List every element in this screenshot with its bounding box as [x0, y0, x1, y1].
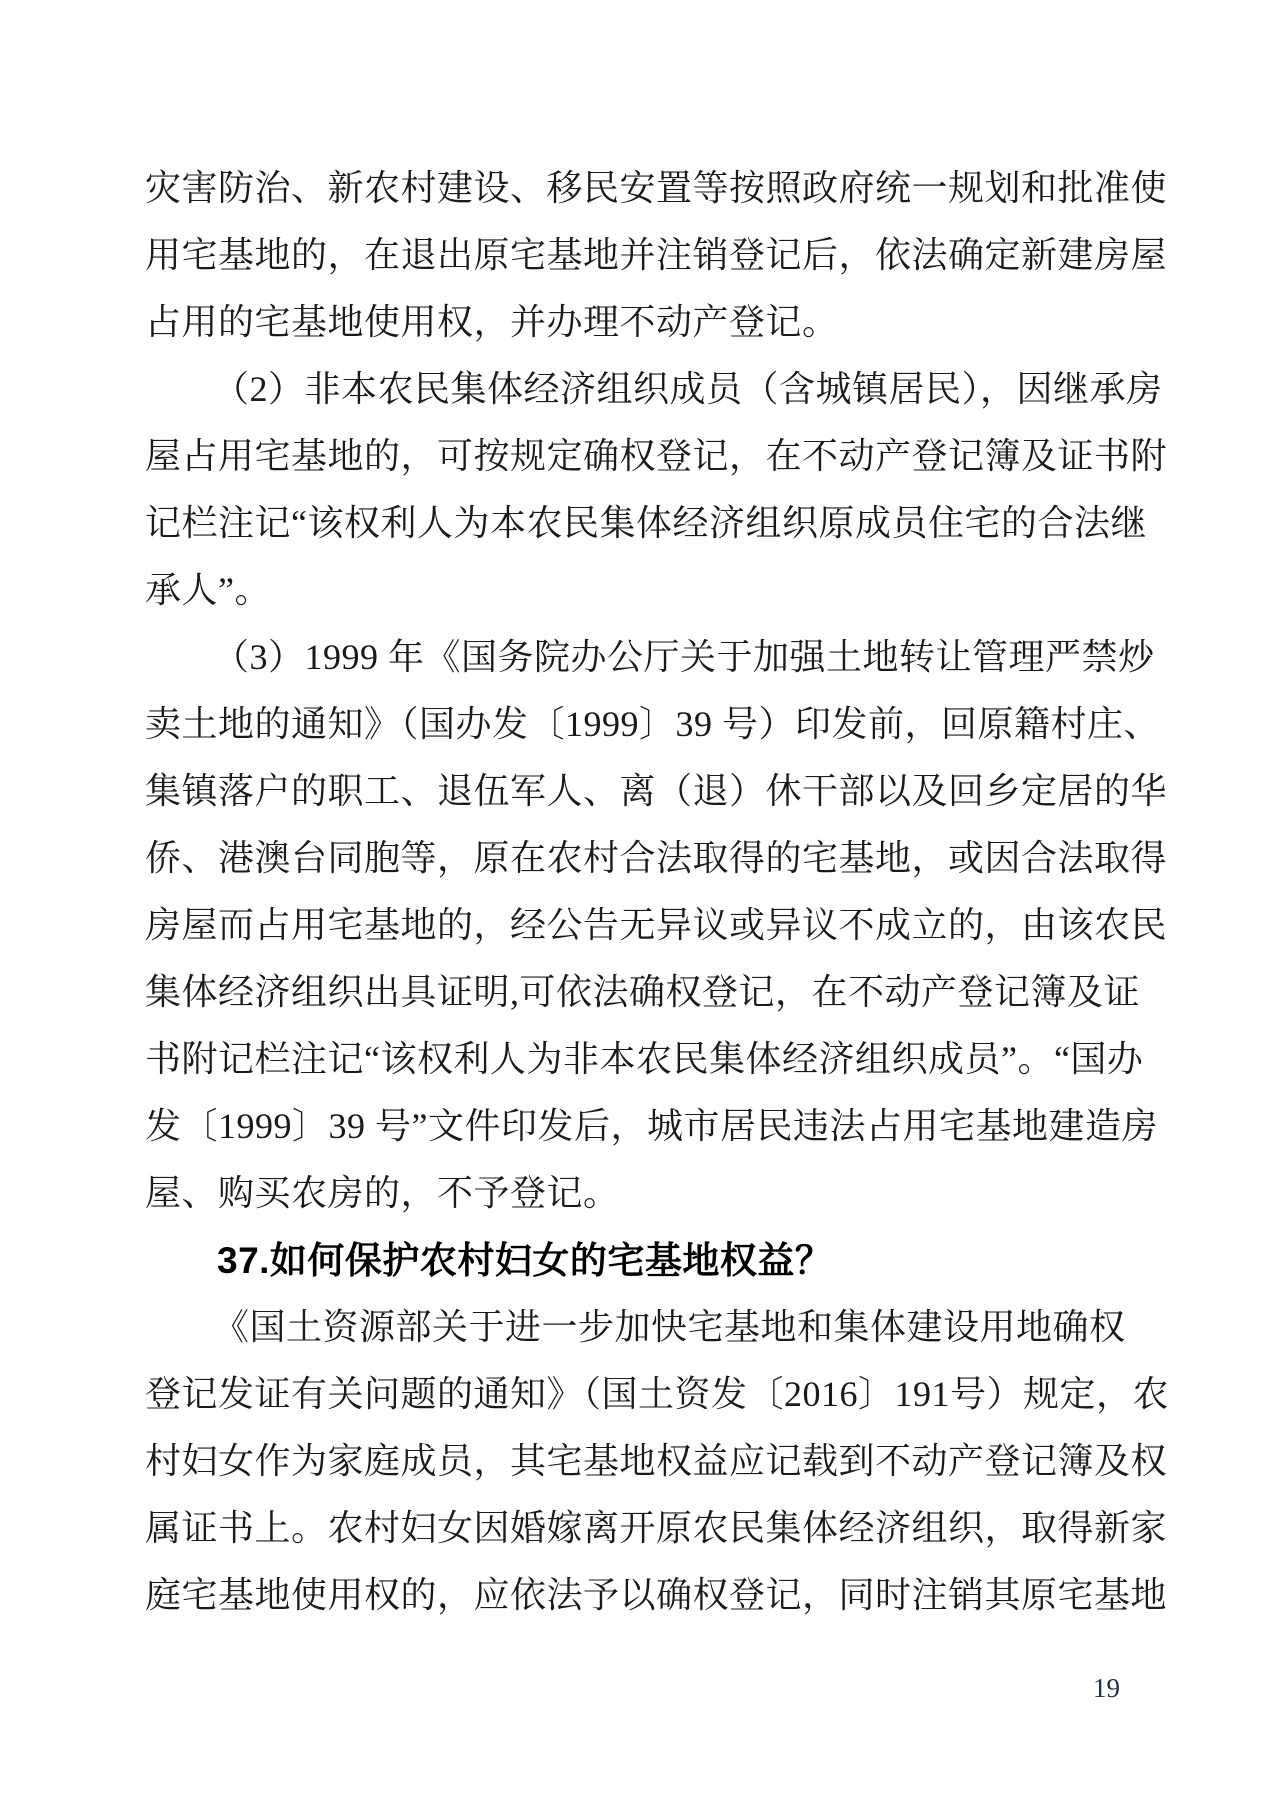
page-number: 19	[1093, 1672, 1120, 1704]
body-text-line: 承人”。	[145, 557, 1112, 624]
body-text-line: 屋、购买农房的，不予登记。	[145, 1160, 1112, 1227]
body-text-line: （2）非本农民集体经济组织成员（含城镇居民），因继承房	[145, 356, 1112, 423]
document-page: 灾害防治、新农村建设、移民安置等按照政府统一规划和批准使 用宅基地的，在退出原宅…	[0, 0, 1280, 1810]
body-text-line: 发〔1999〕39 号”文件印发后，城市居民违法占用宅基地建造房	[145, 1093, 1112, 1160]
body-text-line: 书附记栏注记“该权利人为非本农民集体经济组织成员”。“国办	[145, 1026, 1112, 1093]
body-text-line: 集镇落户的职工、退伍军人、离（退）休干部以及回乡定居的华	[145, 758, 1112, 825]
body-text-line: （3）1999 年《国务院办公厅关于加强土地转让管理严禁炒	[145, 624, 1112, 691]
body-text-line: 村妇女作为家庭成员，其宅基地权益应记载到不动产登记簿及权	[145, 1428, 1112, 1495]
body-text-line: 占用的宅基地使用权，并办理不动产登记。	[145, 289, 1112, 356]
text-block: 灾害防治、新农村建设、移民安置等按照政府统一规划和批准使 用宅基地的，在退出原宅…	[145, 155, 1112, 1629]
body-text-line: 《国土资源部关于进一步加快宅基地和集体建设用地确权	[145, 1294, 1112, 1361]
body-text-line: 集体经济组织出具证明,可依法确权登记，在不动产登记簿及证	[145, 959, 1112, 1026]
section-heading: 37.如何保护农村妇女的宅基地权益？	[145, 1227, 1112, 1294]
body-text-line: 侨、港澳台同胞等，原在农村合法取得的宅基地，或因合法取得	[145, 825, 1112, 892]
body-text-line: 用宅基地的，在退出原宅基地并注销登记后，依法确定新建房屋	[145, 222, 1112, 289]
body-text-line: 屋占用宅基地的，可按规定确权登记，在不动产登记簿及证书附	[145, 423, 1112, 490]
body-text-line: 房屋而占用宅基地的，经公告无异议或异议不成立的，由该农民	[145, 892, 1112, 959]
body-text-line: 卖土地的通知》（国办发〔1999〕39 号）印发前，回原籍村庄、	[145, 691, 1112, 758]
body-text-line: 庭宅基地使用权的，应依法予以确权登记，同时注销其原宅基地	[145, 1562, 1112, 1629]
body-text-line: 记栏注记“该权利人为本农民集体经济组织原成员住宅的合法继	[145, 490, 1112, 557]
body-text-line: 灾害防治、新农村建设、移民安置等按照政府统一规划和批准使	[145, 155, 1112, 222]
body-text-line: 登记发证有关问题的通知》（国土资发〔2016〕191号）规定，农	[145, 1361, 1112, 1428]
body-text-line: 属证书上。农村妇女因婚嫁离开原农民集体经济组织，取得新家	[145, 1495, 1112, 1562]
